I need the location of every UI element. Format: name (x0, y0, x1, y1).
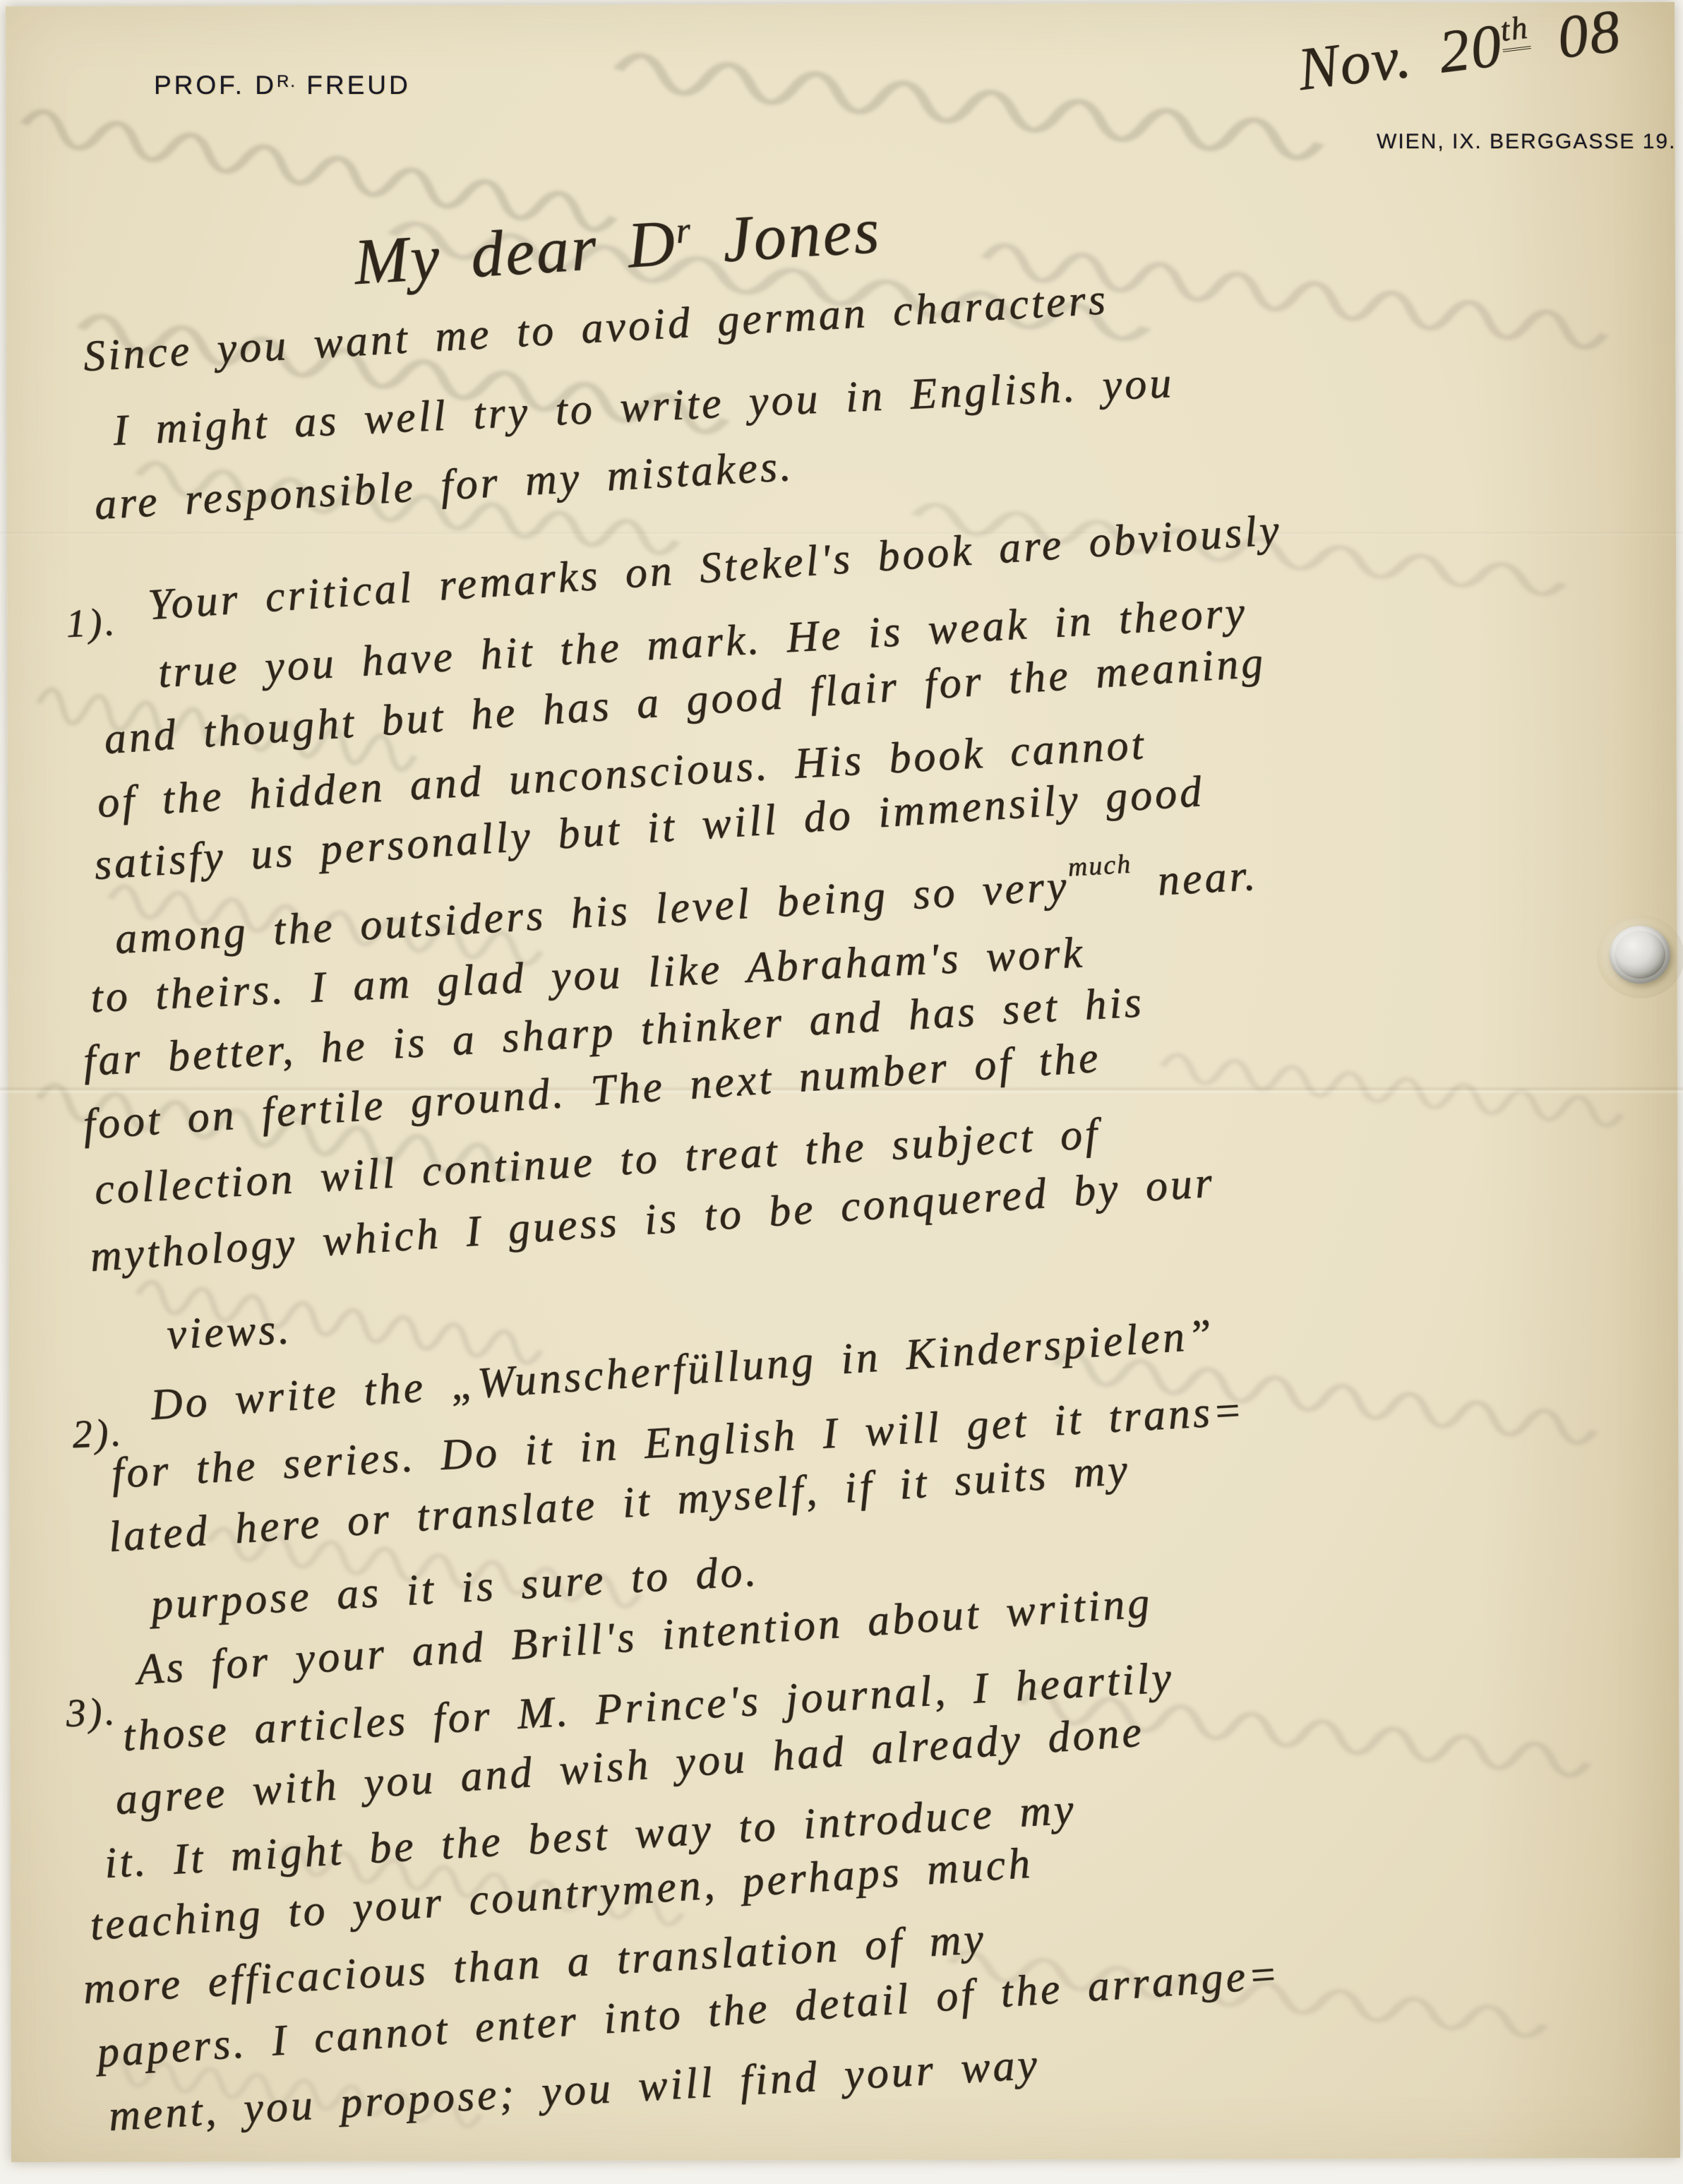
item-marker: 1). (65, 599, 118, 647)
letterhead-name: PROF. DR. FREUD (154, 71, 411, 100)
letter-scan: PROF. DR. FREUD WIEN, IX. BERGGASSE 19. … (0, 0, 1683, 2184)
inserted-word: much (1067, 849, 1133, 883)
letterhead-address: WIEN, IX. BERGGASSE 19. (1377, 130, 1676, 154)
item-marker: 3). (65, 1689, 118, 1736)
letter-line: views. (166, 1304, 293, 1360)
metal-fastener (1610, 926, 1670, 984)
